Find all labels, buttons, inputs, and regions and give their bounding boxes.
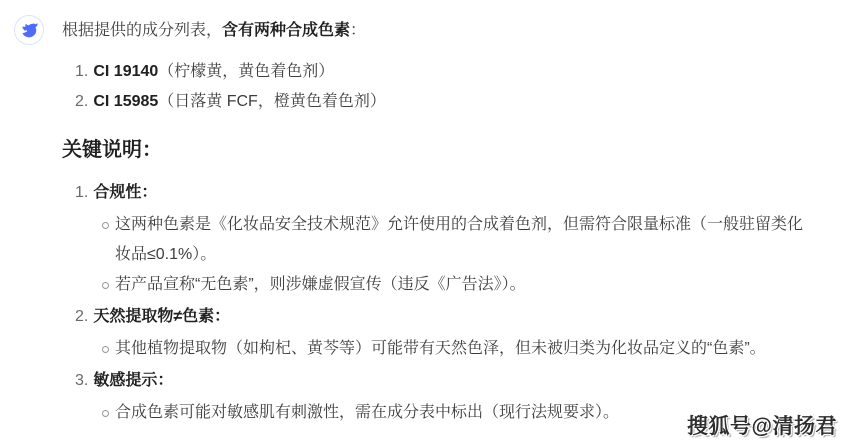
bullet-text: 若产品宣称“无色素”，则涉嫌虚假宣传（违反《广告法》）。 bbox=[115, 270, 811, 300]
list-number: 2. bbox=[75, 93, 88, 110]
intro-paragraph: 根据提供的成分列表，含有两种合成色素： bbox=[62, 16, 833, 46]
intro-colon: ： bbox=[350, 22, 366, 39]
colorant-item: 2.CI 15985（日落黄 FCF，橙黄色着色剂） bbox=[75, 87, 833, 117]
deepseek-whale-icon bbox=[19, 20, 40, 41]
note-bullets: 这两种色素是《化妆品安全技术规范》允许使用的合成着色剂，但需符合限量标准（一般驻… bbox=[75, 210, 833, 300]
colorant-item: 1.CI 19140（柠檬黄，黄色着色剂） bbox=[75, 57, 833, 87]
note-title: 2.天然提取物≠色素： bbox=[75, 302, 833, 332]
colorant-code: CI 19140 bbox=[93, 63, 158, 80]
chat-message-page: 根据提供的成分列表，含有两种合成色素： 1.CI 19140（柠檬黄，黄色着色剂… bbox=[0, 0, 843, 444]
bullet-text: 这两种色素是《化妆品安全技术规范》允许使用的合成着色剂，但需符合限量标准（一般驻… bbox=[115, 210, 811, 270]
note-title-text: 天然提取物≠色素： bbox=[93, 308, 230, 325]
list-number: 2. bbox=[75, 308, 88, 325]
sohu-watermark: 搜狐号@清扬君 bbox=[687, 410, 837, 440]
note-title: 1.合规性： bbox=[75, 178, 833, 208]
note-title: 3.敏感提示： bbox=[75, 366, 833, 396]
key-notes-list: 1.合规性： 这两种色素是《化妆品安全技术规范》允许使用的合成着色剂，但需符合限… bbox=[62, 178, 833, 428]
list-number: 1. bbox=[75, 63, 88, 80]
assistant-avatar bbox=[14, 15, 44, 45]
note-item-natural-extracts: 2.天然提取物≠色素： 其他植物提取物（如枸杞、黄芩等）可能带有天然色泽，但未被… bbox=[75, 302, 833, 364]
assistant-message-content: 根据提供的成分列表，含有两种合成色素： 1.CI 19140（柠檬黄，黄色着色剂… bbox=[44, 0, 843, 430]
intro-bold: 含有两种合成色素 bbox=[222, 22, 350, 39]
colorant-list: 1.CI 19140（柠檬黄，黄色着色剂） 2.CI 15985（日落黄 FCF… bbox=[62, 57, 833, 117]
colorant-desc: （柠檬黄，黄色着色剂） bbox=[158, 63, 334, 80]
list-number: 1. bbox=[75, 184, 88, 201]
note-title-text: 合规性： bbox=[93, 184, 157, 201]
assistant-message: 根据提供的成分列表，含有两种合成色素： 1.CI 19140（柠檬黄，黄色着色剂… bbox=[0, 0, 843, 430]
key-notes-heading: 关键说明： bbox=[62, 134, 833, 167]
note-title-text: 敏感提示： bbox=[93, 372, 173, 389]
list-number: 3. bbox=[75, 372, 88, 389]
colorant-code: CI 15985 bbox=[93, 93, 158, 110]
note-bullets: 其他植物提取物（如枸杞、黄芩等）可能带有天然色泽，但未被归类为化妆品定义的“色素… bbox=[75, 334, 833, 364]
note-item-compliance: 1.合规性： 这两种色素是《化妆品安全技术规范》允许使用的合成着色剂，但需符合限… bbox=[75, 178, 833, 300]
intro-prefix: 根据提供的成分列表， bbox=[62, 22, 222, 39]
bullet-text: 其他植物提取物（如枸杞、黄芩等）可能带有天然色泽，但未被归类为化妆品定义的“色素… bbox=[115, 334, 811, 364]
colorant-desc: （日落黄 FCF，橙黄色着色剂） bbox=[158, 93, 386, 110]
